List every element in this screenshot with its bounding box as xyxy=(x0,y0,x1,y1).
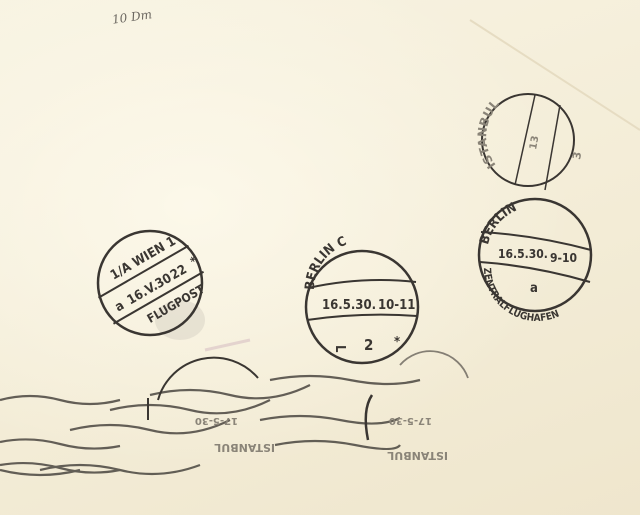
svg-text:2: 2 xyxy=(364,336,373,354)
svg-text:a: a xyxy=(530,281,538,296)
svg-text:ZENTRALFLUGHAFEN: ZENTRALFLUGHAFEN xyxy=(481,267,561,324)
envelope-back: 10 Dm ISTANBUL 13 3 xyxy=(0,0,640,515)
svg-text:ISTANBUL: ISTANBUL xyxy=(387,449,448,462)
postmark-berlin-zentralflughafen: BERLIN 16.5.30. 9-10 a ZENTRALFLUGHAFEN xyxy=(477,199,591,324)
svg-text:16.5.30.: 16.5.30. xyxy=(498,247,548,261)
svg-text:16.5.30.: 16.5.30. xyxy=(322,298,376,313)
svg-text:17-5-30: 17-5-30 xyxy=(389,415,432,426)
svg-text:ISTANBUL: ISTANBUL xyxy=(475,97,502,172)
svg-text:L: L xyxy=(332,345,347,353)
svg-text:9-10: 9-10 xyxy=(550,251,577,265)
svg-text:*: * xyxy=(394,335,400,350)
svg-text:13: 13 xyxy=(528,135,541,151)
svg-text:10-11: 10-11 xyxy=(378,298,415,313)
svg-text:3: 3 xyxy=(570,151,584,161)
postmark-istanbul-2: ISTANBUL 17-5-30 xyxy=(366,351,468,462)
svg-text:ISTANBUL: ISTANBUL xyxy=(214,441,275,454)
postmark-istanbul-round: ISTANBUL 13 3 xyxy=(475,94,584,190)
postmarks-layer: ISTANBUL 13 3 1/A WIEN 1 a 16.V.30 22 * … xyxy=(0,0,640,515)
svg-text:BERLIN: BERLIN xyxy=(477,200,519,246)
svg-text:17-5-30: 17-5-30 xyxy=(195,415,238,426)
svg-text:a: a xyxy=(113,298,127,315)
postmark-berlin-c: BERLIN C 16.5.30. 10-11 L 2 * xyxy=(303,234,418,363)
